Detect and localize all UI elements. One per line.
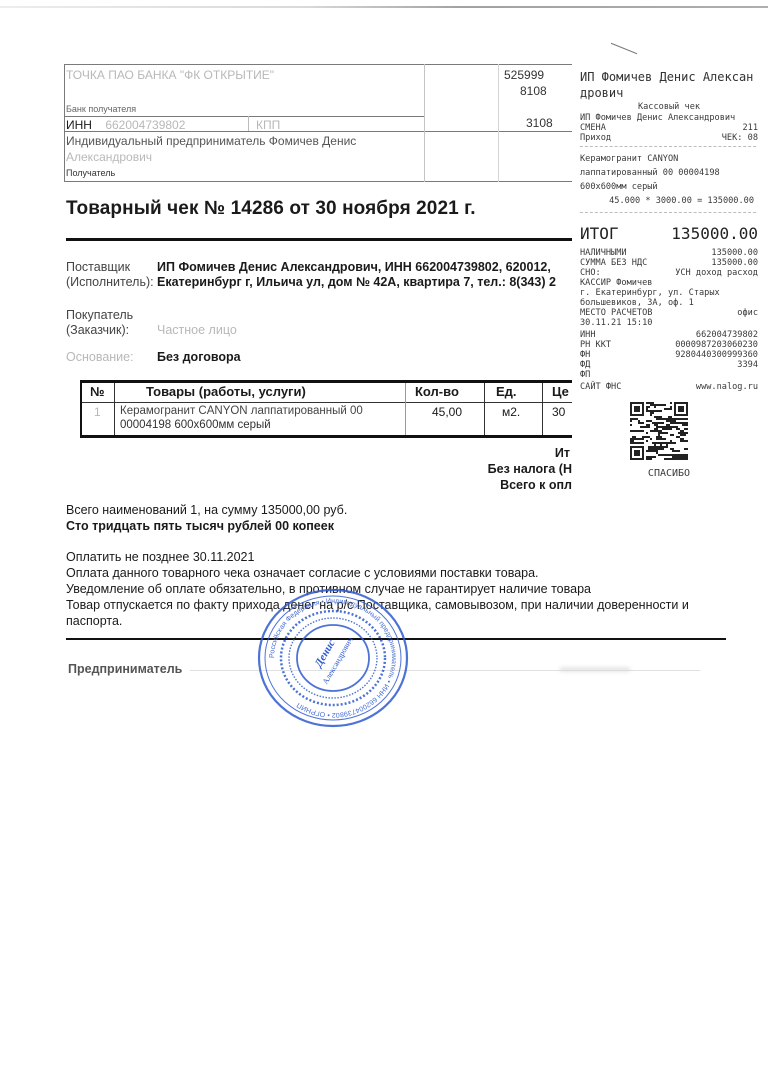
scan-edge [0, 6, 768, 8]
payment-deadline: Оплатить не позднее 30.11.2021 [66, 550, 254, 564]
inn-row: ИНН 662004739802 [66, 118, 185, 132]
receipt-header: ИП Фомичев Денис Алексан [580, 70, 758, 84]
total-label: Ит [555, 446, 570, 460]
bank-details-box: ТОЧКА ПАО БАНКА "ФК ОТКРЫТИЕ" Банк получ… [64, 64, 572, 182]
corr-account-value: 8108 [520, 84, 547, 98]
signature-label: Предприниматель [68, 662, 182, 676]
col-header-qty: Кол-во [415, 384, 459, 399]
col-header-num: № [90, 384, 105, 399]
receipt-item: Керамогранит CANYON [580, 154, 758, 164]
terms-line-4: паспорта. [66, 614, 122, 628]
document-title: Товарный чек № 14286 от 30 ноября 2021 г… [66, 198, 476, 220]
basis-value: Без договора [157, 350, 241, 364]
buyer-label: Покупатель [66, 308, 133, 322]
amount-in-words: Сто тридцать пять тысяч рублей 00 копеек [66, 519, 334, 533]
qr-code-icon[interactable] [630, 402, 688, 460]
tax-label: Без налога (Н [488, 462, 572, 476]
supplier-label-2: (Исполнитель): [66, 275, 154, 289]
col-header-price: Це [552, 384, 569, 399]
items-count-line: Всего наименований 1, на сумму 135000,00… [66, 503, 347, 517]
to-pay-label: Всего к опл [500, 478, 572, 492]
supplier-line-2: Екатеринбург г, Ильича ул, дом № 42А, кв… [157, 275, 556, 289]
svg-text:Российская Федерация • Индивид: Российская Федерация • Индивидуальный пр… [269, 598, 397, 718]
bank-name: ТОЧКА ПАО БАНКА "ФК ОТКРЫТИЕ" [66, 68, 274, 82]
col-header-goods: Товары (работы, услуги) [146, 384, 306, 399]
recipient-label: Получатель [66, 168, 115, 178]
recipient-name-line2: Александрович [66, 150, 152, 164]
recipient-name: Индивидуальный предприниматель Фомичев Д… [66, 134, 356, 148]
bank-label: Банк получателя [66, 104, 136, 114]
goods-table: № Товары (работы, услуги) Кол-во Ед. Це … [80, 380, 582, 438]
supplier-label: Поставщик [66, 260, 130, 274]
terms-line-1: Оплата данного товарного чека означает с… [66, 566, 539, 580]
receipt-total: ИТОГ135000.00 [580, 224, 758, 243]
kpp-label: КПП [256, 118, 280, 132]
title-rule [66, 238, 574, 241]
account-value: 3108 [526, 116, 553, 130]
receipt-thanks: СПАСИБО [580, 468, 758, 479]
receipt-doc-type: Кассовый чек [580, 102, 758, 112]
buyer-label-2: (Заказчик): [66, 323, 129, 337]
supplier-line-1: ИП Фомичев Денис Александрович, ИНН 6620… [157, 260, 551, 274]
seal-stamp: Российская Федерация • Индивидуальный пр… [254, 586, 412, 730]
col-header-unit: Ед. [496, 384, 517, 399]
buyer-value: Частное лицо [157, 323, 237, 337]
cash-receipt: ИП Фомичев Денис Алексан дрович Кассовый… [572, 62, 762, 502]
basis-label: Основание: [66, 350, 134, 364]
receipt-seller: ИП Фомичев Денис Александрович [580, 113, 758, 123]
bic-value: 525999 [504, 68, 544, 82]
